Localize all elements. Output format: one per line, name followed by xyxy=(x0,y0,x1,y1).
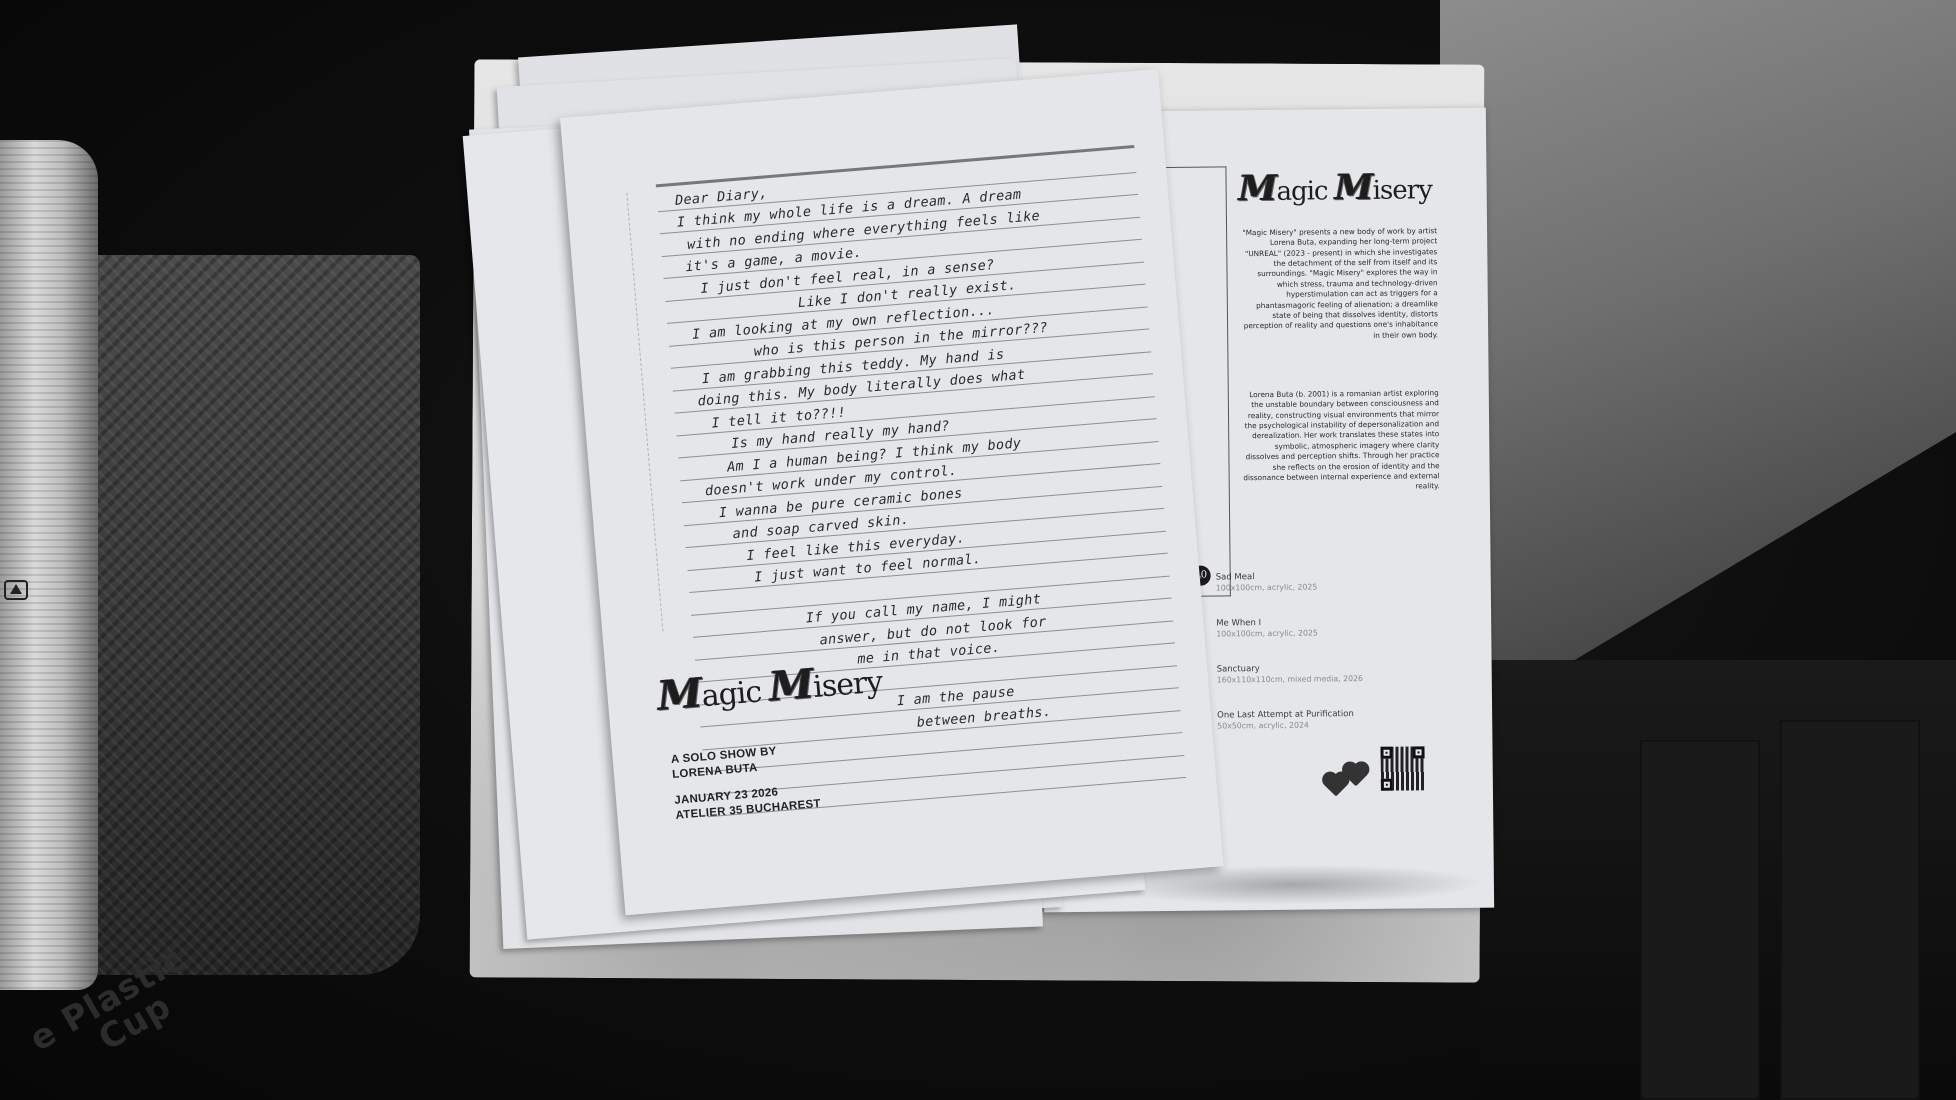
qr-code-icon[interactable] xyxy=(1378,744,1427,793)
diary-flyer: Dear Diary, I think my whole life is a d… xyxy=(560,69,1224,915)
plastic-cup-stack xyxy=(0,140,98,990)
show-info: A SOLO SHOW BYLORENA BUTA JANUARY 23 202… xyxy=(670,741,822,836)
work-item: 9 Sanctuary160x110x110cm, mixed media, 2… xyxy=(1187,662,1447,711)
cabinet-panel xyxy=(1780,720,1920,1100)
dark-cabinet xyxy=(1480,660,1956,1100)
recycle-icon xyxy=(4,580,28,600)
diary-entry: Dear Diary, I think my whole life is a d… xyxy=(656,145,1186,817)
cabinet-panel xyxy=(1640,740,1760,1100)
magic-misery-logo: Magic Misery xyxy=(1238,166,1432,209)
work-item: 7 Sad Meal100x100cm, acrylic, 2025 xyxy=(1186,570,1446,619)
work-item: 8 Me When I100x100cm, acrylic, 2025 xyxy=(1186,616,1446,665)
artist-bio: Lorena Buta (b. 2001) is a romanian arti… xyxy=(1239,388,1440,494)
exhibition-description: "Magic Misery" presents a new body of wo… xyxy=(1237,226,1438,342)
works-list: 7 Sad Meal100x100cm, acrylic, 2025 8 Me … xyxy=(1186,570,1448,757)
